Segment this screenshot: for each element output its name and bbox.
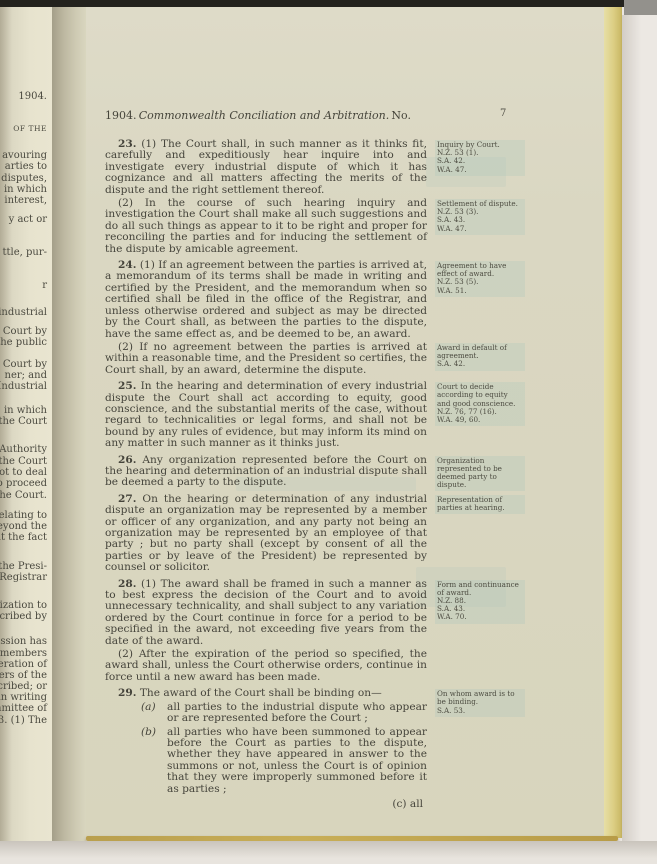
margin-note-ref: S.A. 42. xyxy=(437,360,523,368)
facing-page-fragment: in which xyxy=(4,405,47,416)
section-text: (2) In the course of such hearing inquir… xyxy=(105,197,427,255)
page-header: 1904. Commonwealth Conciliation and Arbi… xyxy=(105,109,411,122)
facing-page-fragment: 23. (1) The xyxy=(0,715,47,726)
facing-page-fragment: 1904. xyxy=(18,91,47,102)
section-text: (1) If an agreement between the parties … xyxy=(105,259,427,339)
header-title: Commonwealth Conciliation and Arbitratio… xyxy=(139,109,389,122)
statute-block-7: 28. (1) The award shall be framed in suc… xyxy=(105,579,427,647)
facing-page-fragment: rescribed; or xyxy=(0,681,47,692)
facing-page-fragment: e Registrar xyxy=(0,572,47,583)
facing-page-fragment: ttle, pur- xyxy=(2,247,47,258)
section-text: On the hearing or determination of any i… xyxy=(105,493,427,573)
gutter-shadow xyxy=(52,7,86,841)
margin-note: Award in default of agreement.S.A. 42. xyxy=(435,343,525,371)
facing-page-fragment: in writing xyxy=(0,692,47,703)
margin-note-ref: W.A. 47. xyxy=(437,225,523,233)
facing-page-fragment: interest, xyxy=(4,195,47,206)
margin-note: Court to decide according to equity and … xyxy=(435,382,525,426)
section-text: (2) After the expiration of the period s… xyxy=(105,648,427,683)
facing-page-fragment: OF THE xyxy=(13,124,47,133)
section-number: 23. xyxy=(118,138,136,150)
section-number: 25. xyxy=(118,380,136,392)
section-text: The award of the Court shall be binding … xyxy=(140,687,382,699)
statute-block-0: 23. (1) The Court shall, in such manner … xyxy=(105,139,427,196)
margin-note-title: On whom award is to be binding. xyxy=(437,690,523,706)
margin-note: On whom award is to be binding.S.A. 53. xyxy=(435,689,525,717)
facing-page-fragment: mission has xyxy=(0,636,47,647)
facing-page-fragment: ot to deal xyxy=(0,467,47,478)
header-year: 1904. xyxy=(105,109,137,122)
photo-top-border xyxy=(0,0,624,7)
section-number: 28. xyxy=(118,578,136,590)
statute-block-6: 27. On the hearing or determination of a… xyxy=(105,494,427,574)
margin-note: Agreement to have effect of award.N.Z. 5… xyxy=(435,261,525,297)
facing-page-fragment: relating to xyxy=(0,510,47,521)
section-text: Any organization represented before the … xyxy=(105,454,427,489)
facing-page-fragment: anization to xyxy=(0,600,47,611)
facing-page-strip: 1904.OF THEavouringarties todisputes,in … xyxy=(0,7,52,841)
statute-block-8: (2) After the expiration of the period s… xyxy=(105,649,427,683)
margin-note: Form and continuance of award.N.Z. 88.S.… xyxy=(435,580,525,624)
facing-page-fragment: ommittee of xyxy=(0,703,47,714)
statute-block-1: (2) In the course of such hearing inquir… xyxy=(105,198,427,255)
header-number-label: No. xyxy=(391,109,411,122)
facing-page-fragment: at the fact xyxy=(0,532,47,543)
facing-page-fragment: of members xyxy=(0,648,47,659)
section-text: (2) If no agreement between the parties … xyxy=(105,341,427,376)
margin-note-title: Agreement to have effect of award. xyxy=(437,262,523,278)
margin-note-title: Representation of parties at hearing. xyxy=(437,496,523,512)
margin-note-ref: W.A. 47. xyxy=(437,166,523,174)
page-deckle-edge xyxy=(604,7,622,838)
facing-page-fragment: the Court xyxy=(0,416,47,427)
margin-note-title: Form and continuance of award. xyxy=(437,581,523,597)
facing-page-fragment: Industrial xyxy=(0,381,47,392)
item-label: (a) xyxy=(141,702,156,713)
statute-block-5: 26. Any organization represented before … xyxy=(105,455,427,489)
section-number: 24. xyxy=(118,259,136,271)
statute-block-4: 25. In the hearing and determination of … xyxy=(105,381,427,449)
statute-text-column: 23. (1) The Court shall, in such manner … xyxy=(105,139,427,810)
item-text: all parties to the industrial dispute wh… xyxy=(167,701,427,724)
recto-page: 1904. Commonwealth Conciliation and Arbi… xyxy=(86,7,604,838)
facing-page-fragment: f the Presi- xyxy=(0,561,47,572)
margin-note: Settlement of dispute.N.Z. 53 (3).S.A. 4… xyxy=(435,199,525,235)
item-label: (b) xyxy=(141,727,156,738)
facing-page-fragment: mbers of the xyxy=(0,670,47,681)
margin-note: Representation of parties at hearing. xyxy=(435,495,525,514)
margin-note-title: Award in default of agreement. xyxy=(437,344,523,360)
section-text: (1) The Court shall, in such manner as i… xyxy=(105,138,427,196)
page-number: 7 xyxy=(500,108,506,119)
facing-page-fragment: arties to xyxy=(5,161,47,172)
statute-block-10: (a)all parties to the industrial dispute… xyxy=(105,702,427,725)
margin-note-ref: W.A. 51. xyxy=(437,287,523,295)
margin-note-title: Court to decide according to equity and … xyxy=(437,383,523,408)
facing-page-fragment: escribed by xyxy=(0,611,47,622)
catchword-text: (c) all xyxy=(392,798,423,810)
facing-page-fragment: industrial xyxy=(0,307,47,318)
margin-note: Inquiry by Court.N.Z. 53 (1).S.A. 42.W.A… xyxy=(435,140,525,176)
margin-note-ref: W.A. 49, 60. xyxy=(437,416,523,424)
photo-corner-block xyxy=(624,0,657,15)
facing-page-fragment: Court by xyxy=(3,326,47,337)
margin-note-title: Organization represented to be deemed pa… xyxy=(437,457,523,490)
section-number: 29. xyxy=(118,687,136,699)
facing-page-fragment: the Court. xyxy=(0,490,47,501)
statute-block-2: 24. (1) If an agreement between the part… xyxy=(105,260,427,340)
facing-page-fragment: Authority xyxy=(0,444,47,455)
backdrop-right xyxy=(622,15,657,864)
facing-page-fragment: Court by xyxy=(3,359,47,370)
facing-page-fragment: in which xyxy=(4,184,47,195)
section-text: In the hearing and determination of ever… xyxy=(105,380,427,449)
facing-page-fragment: ner; and xyxy=(5,370,48,381)
facing-page-fragment: y act or xyxy=(9,214,47,225)
facing-page-fragment: the Court xyxy=(0,456,47,467)
statute-block-9: 29. The award of the Court shall be bind… xyxy=(105,688,427,699)
margin-note: Organization represented to be deemed pa… xyxy=(435,456,525,492)
statute-block-3: (2) If no agreement between the parties … xyxy=(105,342,427,376)
backdrop-bottom xyxy=(0,841,657,864)
facing-page-fragment: avouring xyxy=(2,150,47,161)
item-text: all parties who have been summoned to ap… xyxy=(167,726,427,795)
facing-page-fragment: to proceed xyxy=(0,478,47,489)
section-text: (1) The award shall be framed in such a … xyxy=(105,578,427,647)
facing-page-fragment: eyond the xyxy=(0,521,47,532)
facing-page-fragment: disputes, xyxy=(1,173,47,184)
margin-note-ref: S.A. 53. xyxy=(437,707,523,715)
section-number: 27. xyxy=(118,493,136,505)
facing-page-fragment: ideration of xyxy=(0,659,47,670)
section-number: 26. xyxy=(118,454,136,466)
facing-page-fragment: r xyxy=(42,280,47,291)
statute-block-12: (c) all xyxy=(105,799,427,810)
statute-block-11: (b)all parties who have been summoned to… xyxy=(105,727,427,795)
facing-page-fragment: the public xyxy=(0,337,47,348)
margin-note-ref: W.A. 70. xyxy=(437,613,523,621)
